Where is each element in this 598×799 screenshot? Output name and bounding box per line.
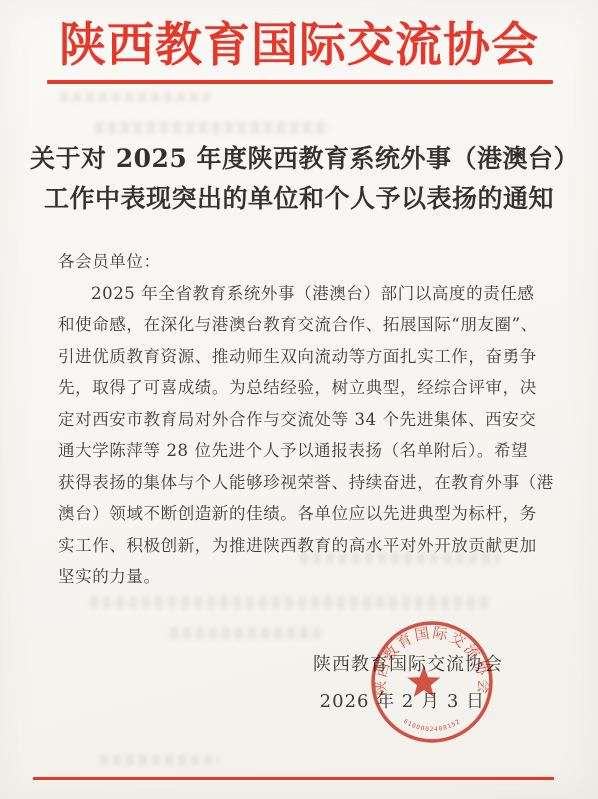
seal-ring bbox=[373, 623, 491, 741]
body-line: 实工作、积极创新，为推进陕西教育的高水平对外开放贡献更加 bbox=[58, 530, 536, 562]
letterhead-rule bbox=[47, 80, 553, 84]
body-line: 定对西安市教育局对外合作与交流处等 34 个先进集体、西安交 bbox=[58, 404, 536, 436]
signature-org-name: 陕西教育国际交流协会 bbox=[313, 650, 503, 676]
bleed-through-artifact bbox=[170, 627, 320, 639]
document-title-line2: 工作中表现突出的单位和个人予以表扬的通知 bbox=[30, 179, 568, 219]
body-line: 通大学陈萍等 28 位先进个人予以通报表扬（名单附后）。希望 bbox=[58, 435, 536, 467]
letterhead-org-name: 陕西教育国际交流协会 bbox=[0, 8, 598, 75]
body-line: 获得表扬的集体与个人能够珍视荣誉、持续奋进，在教育外事（港 bbox=[58, 467, 536, 499]
document-title-line1: 关于对 2025 年度陕西教育系统外事（港澳台） bbox=[30, 139, 568, 179]
body-line: 和使命感，在深化与港澳台教育交流合作、拓展国际“朋友圈”、 bbox=[58, 309, 536, 341]
body-line: 先，取得了可喜成绩。为总结经验，树立典型，经综合评审，决 bbox=[58, 372, 536, 404]
body-line: 引进优质教育资源、推动师生双向流动等方面扎实工作，奋勇争 bbox=[58, 341, 536, 373]
signature-date: 2026 年 2 月 3 日 bbox=[320, 687, 485, 713]
salutation: 各会员单位： bbox=[58, 246, 536, 278]
bleed-through-artifact bbox=[90, 596, 490, 609]
svg-text:6100002408152: 6100002408152 bbox=[402, 718, 462, 733]
document-title: 关于对 2025 年度陕西教育系统外事（港澳台） 工作中表现突出的单位和个人予以… bbox=[30, 139, 568, 219]
official-seal: 陕西教育国际交流协会 6100002408152 bbox=[368, 618, 496, 746]
page-bottom-rule bbox=[33, 777, 554, 780]
bleed-through-artifact bbox=[60, 92, 210, 102]
seal-code: 6100002408152 bbox=[402, 718, 462, 733]
body-line: 澳台）领域不断创造新的佳绩。各单位应以先进典型为标杆，务 bbox=[58, 498, 536, 530]
document-body: 各会员单位： 2025 年全省教育系统外事（港澳台）部门以高度的责任感 和使命感… bbox=[58, 246, 536, 593]
bleed-through-artifact bbox=[100, 755, 220, 765]
body-line: 坚实的力量。 bbox=[58, 561, 536, 593]
body-line: 2025 年全省教育系统外事（港澳台）部门以高度的责任感 bbox=[58, 278, 536, 310]
scanned-notice-page: 陕西教育国际交流协会 关于对 2025 年度陕西教育系统外事（港澳台） 工作中表… bbox=[0, 0, 598, 799]
bleed-through-artifact bbox=[95, 121, 330, 134]
